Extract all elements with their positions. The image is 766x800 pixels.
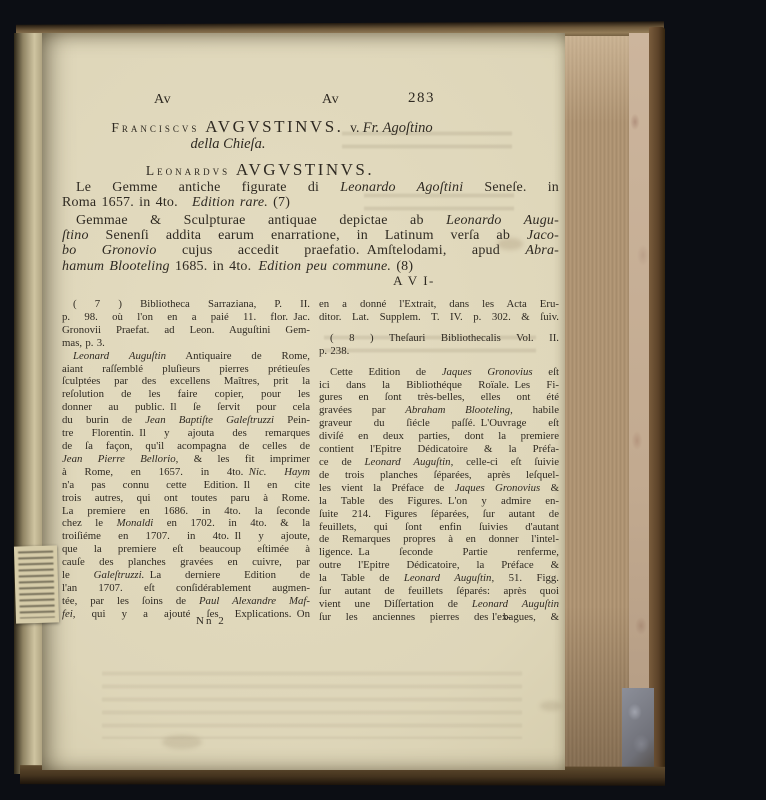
text-run: diviſé en deux parties, dont la premiere bbox=[319, 430, 559, 442]
text-run: hamum Blooteling bbox=[62, 259, 170, 274]
text-line: aiant raſſemblé pluſieurs pierres prétie… bbox=[62, 363, 310, 376]
text-line: p. 98. où l'on en a paié 11. flor. Jac. bbox=[62, 311, 310, 324]
inserted-slip-note bbox=[14, 545, 59, 623]
text-run: ſuite 214. Figures ſéparées, ſur autant … bbox=[319, 508, 559, 520]
text-line: l'an 1707. eſt conſidérablement augmen- bbox=[62, 582, 310, 595]
text-run: Edition rare. bbox=[192, 195, 268, 210]
text-run: de trois planches ſéparées, après leſque… bbox=[319, 469, 559, 481]
text-run: Pein- bbox=[274, 414, 310, 426]
text-line: cauſe des planches gravées en cuivre, pa… bbox=[62, 556, 310, 569]
page-stain bbox=[540, 701, 562, 711]
text-line: tre Florentin. Il y ajouta des remarques bbox=[62, 427, 310, 440]
text-line: chez le Monaldi en 1702. in 4to. & la bbox=[62, 517, 310, 530]
text-line: à Rome, en 1657. in 4to. Nic. Haym bbox=[62, 466, 310, 479]
text-run: Gemmae & Sculpturae antiquae depictae ab bbox=[76, 213, 446, 228]
text-line: reſolution de les faire copier, pour les bbox=[62, 388, 310, 401]
text-run: reſolution de les faire copier, pour les bbox=[62, 388, 310, 400]
text-line: graveur du ſiécle paſſé. L'Ouvrage eſt bbox=[319, 417, 559, 430]
text-run: gravées par bbox=[319, 404, 405, 416]
text-run: La premiere en 1686. in 4to. la ſeconde bbox=[62, 505, 310, 517]
text-line: ſur les anciennes pierres des bagues, & bbox=[319, 611, 559, 624]
text-run: outre l'Epitre Dédicatoire, la Préface & bbox=[319, 559, 559, 571]
text-run: tre Florentin. Il y ajouta des remarques bbox=[62, 427, 310, 439]
running-title-left: Av bbox=[154, 92, 171, 108]
text-run: (7) bbox=[268, 195, 290, 210]
text-run: en a donné l'Extrait, dans les Acta Eru- bbox=[319, 298, 559, 310]
text-run: Fr. Agoſtino bbox=[363, 120, 433, 136]
catchword-mid: A V I- bbox=[382, 273, 446, 289]
text-run: Leonard Auguſtin bbox=[472, 598, 559, 610]
text-run: Monaldi bbox=[117, 517, 154, 529]
text-run: Jaques Gronovius bbox=[455, 482, 541, 494]
text-line: diviſé en deux parties, dont la premiere bbox=[319, 430, 559, 443]
text-run: ligence. La ſeconde Partie renferme, bbox=[319, 546, 559, 558]
entry-heading-leonardus: Leonardvs AVGVSTINVS. bbox=[60, 160, 460, 180]
text-run: la Table des Figures. L'on y admire en- bbox=[319, 495, 559, 507]
text-run: habile bbox=[513, 404, 559, 416]
text-run: Jean Pierre Bellorio, bbox=[62, 453, 178, 465]
footnote-column-right: en a donné l'Extrait, dans les Acta Eru-… bbox=[319, 298, 559, 624]
text-line: le Galeſtruzzi. La derniere Edition de bbox=[62, 569, 310, 582]
text-line: de trois planches ſéparées, après leſque… bbox=[319, 469, 559, 482]
text-line: mas, p. 3. bbox=[62, 337, 310, 350]
text-run: qui y a ajouté ſes Explications. On bbox=[76, 608, 311, 620]
footnote-column-left: ( 7 ) Bibliotheca Sarraziana, P. II.p. 9… bbox=[62, 298, 310, 621]
text-run: della Chieſa. bbox=[191, 136, 266, 152]
text-run: ſtino bbox=[62, 228, 89, 243]
signature-mark: Nn 2 bbox=[196, 615, 226, 627]
text-run: celle-ci eſt ſuivie bbox=[453, 456, 559, 468]
text-run: Leonard Auguſtin, bbox=[404, 572, 494, 584]
text-line: trois autres, qui ont toutes paru à Rome… bbox=[62, 492, 310, 505]
text-run: feuillets, qui ſont enfin ſuivies d'auta… bbox=[319, 521, 559, 533]
text-run: Leonard Auguſtin, bbox=[365, 456, 454, 468]
text-line: les vient la Préface de Jaques Gronovius… bbox=[319, 482, 559, 495]
text-line: donner au public. Il ſe ſervit pour cela bbox=[62, 401, 310, 414]
text-run: vient une Diſſertation de bbox=[319, 598, 472, 610]
text-run: du burin de bbox=[62, 414, 145, 426]
text-line: p. 238. bbox=[319, 345, 559, 358]
text-run: ( 8 ) Theſauri Bibliothecalis Vol. II. bbox=[330, 332, 559, 344]
text-run: en 1702. in 4to. & la bbox=[153, 517, 310, 529]
text-line: outre l'Epitre Dédicatoire, la Préface & bbox=[319, 559, 559, 572]
text-line: fei, qui y a ajouté ſes Explications. On bbox=[62, 608, 310, 621]
showthrough-artifact bbox=[102, 669, 522, 739]
text-run: & les fit imprimer bbox=[178, 453, 310, 465]
text-run: (8) bbox=[391, 259, 413, 274]
text-run: v. bbox=[350, 120, 363, 135]
text-run: ditor. Lat. Supplem. T. IV. p. 302. & ſu… bbox=[319, 311, 559, 323]
text-run: chez le bbox=[62, 517, 117, 529]
text-run: ici dans la Bibliothéque Roïale. Les Fi- bbox=[319, 379, 559, 391]
text-line: contient l'Epitre Dédicatoire & la Préfa… bbox=[319, 443, 559, 456]
text-run: bo Gronovio bbox=[62, 243, 157, 258]
page-stain bbox=[162, 735, 202, 749]
text-line: en a donné l'Extrait, dans les Acta Eru- bbox=[319, 298, 559, 311]
text-line: n'a pas connu cette Edition. Il en cite bbox=[62, 479, 310, 492]
text-run: Jaques Gronovius bbox=[442, 366, 533, 378]
text-line: du burin de Jean Baptiſte Galeſtruzzi Pe… bbox=[62, 414, 310, 427]
text-line: ſculptées par des excellens Maîtres, pri… bbox=[62, 375, 310, 388]
cover-board-edge bbox=[649, 27, 665, 776]
text-line: bo Gronovio cujus accedit praefatio. Amſ… bbox=[62, 243, 559, 258]
photograph-scene: Av Av 283 Franciscvs AVGVSTINVS. v. Fr. … bbox=[0, 0, 766, 800]
text-run: Franciscvs bbox=[111, 120, 199, 135]
text-run: aiant raſſemblé pluſieurs pierres prétie… bbox=[62, 363, 310, 375]
text-line: ſur autant de feuillets ſéparés: après q… bbox=[319, 585, 559, 598]
text-line: la Table de Leonard Auguſtin, 51. Figg. bbox=[319, 572, 559, 585]
text-run: gures en ſont très-belles, elles ont été bbox=[319, 391, 559, 403]
text-run: Roma 1657. in 4to. bbox=[62, 195, 192, 210]
text-run: fei, bbox=[62, 608, 76, 620]
text-run: trois autres, qui ont toutes paru à Rome… bbox=[62, 492, 310, 504]
text-line: gures en ſont très-belles, elles ont été bbox=[319, 391, 559, 404]
text-line: ditor. Lat. Supplem. T. IV. p. 302. & ſu… bbox=[319, 311, 559, 324]
text-run: p. 238. bbox=[319, 345, 349, 357]
text-run: Seneſe. in bbox=[463, 180, 559, 195]
text-run: de ſa façon, qu'il acompagna de celles d… bbox=[62, 440, 310, 452]
text-line: ici dans la Bibliothéque Roïale. Les Fi- bbox=[319, 379, 559, 392]
text-line: de ſa façon, qu'il acompagna de celles d… bbox=[62, 440, 310, 453]
text-run: & bbox=[540, 482, 559, 494]
text-run: Nic. Haym bbox=[249, 466, 310, 478]
text-run: p. 98. où l'on en a paié 11. flor. Jac. bbox=[62, 311, 310, 323]
text-run: les vient la Préface de bbox=[319, 482, 455, 494]
text-line: ( 8 ) Theſauri Bibliothecalis Vol. II. bbox=[319, 332, 559, 345]
entry-paragraph-gemmae: Gemmae & Sculpturae antiquae depictae ab… bbox=[62, 213, 559, 274]
text-run: ſur autant de feuillets ſéparés: après q… bbox=[319, 585, 559, 597]
facing-page-sliver bbox=[14, 33, 44, 774]
text-run: Antiquaire de Rome, bbox=[166, 350, 310, 362]
text-run: 1685. in 4to. bbox=[170, 259, 259, 274]
page-block-fore-edge bbox=[565, 36, 629, 767]
text-run: cauſe des planches gravées en cuivre, pa… bbox=[62, 556, 310, 568]
text-run: que la premiere eſt beaucoup eſtimée à bbox=[62, 543, 310, 555]
text-run: à Rome, en 1657. in 4to. bbox=[62, 466, 249, 478]
text-line: Leonard Auguſtin Antiquaire de Rome, bbox=[62, 350, 310, 363]
text-run: AVGVSTINVS. bbox=[199, 117, 350, 136]
text-run: Leonard Auguſtin bbox=[73, 350, 166, 362]
text-run: Jean Baptiſte Galeſtruzzi bbox=[145, 414, 274, 426]
text-line: Cette Edition de Jaques Gronovius eſt bbox=[319, 366, 559, 379]
text-run: ( 7 ) Bibliotheca Sarraziana, P. II. bbox=[73, 298, 310, 310]
text-run: Galeſtruzzi. bbox=[94, 569, 145, 581]
entry-heading-franciscus-line2: della Chieſa. bbox=[60, 136, 396, 153]
text-line: Roma 1657. in 4to. Edition rare. (7) bbox=[62, 195, 559, 210]
marbled-edge-strip bbox=[629, 33, 649, 774]
cover-corner-marble bbox=[622, 688, 654, 768]
text-run: Leonardvs bbox=[146, 163, 230, 178]
text-run: La derniere Edition de bbox=[144, 569, 310, 581]
text-line: Le Gemme antiche figurate di Leonardo Ag… bbox=[62, 180, 559, 195]
text-run: troiſiéme en 1707. in 4to. Il y ajoute, bbox=[62, 530, 310, 542]
text-run: Jaco- bbox=[527, 228, 559, 243]
text-run: 51. Figg. bbox=[494, 572, 559, 584]
text-line: ce de Leonard Auguſtin, celle-ci eſt ſui… bbox=[319, 456, 559, 469]
page-number: 283 bbox=[408, 90, 435, 107]
text-line: hamum Blooteling 1685. in 4to. Edition p… bbox=[62, 259, 559, 274]
text-run: Paul Alexandre Maf- bbox=[199, 595, 310, 607]
text-line: Gemmae & Sculpturae antiquae depictae ab… bbox=[62, 213, 559, 228]
text-run: l'an 1707. eſt conſidérablement augmen- bbox=[62, 582, 310, 594]
text-run: Leonardo Agoſtini bbox=[340, 180, 463, 195]
running-title-center: Av bbox=[322, 92, 339, 108]
text-line: tée, par les ſoins de Paul Alexandre Maf… bbox=[62, 595, 310, 608]
text-run: donner au public. Il ſe ſervit pour cela bbox=[62, 401, 310, 413]
text-run: ſur les anciennes pierres des bagues, & bbox=[319, 611, 559, 623]
text-line: ligence. La ſeconde Partie renferme, bbox=[319, 546, 559, 559]
text-run: eſt bbox=[533, 366, 559, 378]
text-line: Jean Pierre Bellorio, & les fit imprimer bbox=[62, 453, 310, 466]
entry-paragraph-gemme: Le Gemme antiche figurate di Leonardo Ag… bbox=[62, 180, 559, 210]
text-run: Edition peu commune. bbox=[259, 259, 392, 274]
text-line: ( 7 ) Bibliotheca Sarraziana, P. II. bbox=[62, 298, 310, 311]
text-run: de Remarques propres à en donner l'intel… bbox=[319, 533, 559, 545]
text-run: n'a pas connu cette Edition. Il en cite bbox=[62, 479, 310, 491]
text-run: mas, p. 3. bbox=[62, 337, 105, 349]
text-run: Abra- bbox=[525, 243, 559, 258]
text-run: la Table de bbox=[319, 572, 404, 584]
text-run: graveur du ſiécle paſſé. L'Ouvrage eſt bbox=[319, 417, 559, 429]
text-line: que la premiere eſt beaucoup eſtimée à bbox=[62, 543, 310, 556]
text-line: ſtino Senenſi addita earum enarratione, … bbox=[62, 228, 559, 243]
text-line: gravées par Abraham Blooteling, habile bbox=[319, 404, 559, 417]
text-run: ſculptées par des excellens Maîtres, pri… bbox=[62, 375, 310, 387]
text-line: vient une Diſſertation de Leonard Auguſt… bbox=[319, 598, 559, 611]
text-run: cujus accedit praefatio. Amſtelodami, ap… bbox=[157, 243, 526, 258]
entry-heading-franciscus-line1: Franciscvs AVGVSTINVS. v. Fr. Agoſtino bbox=[60, 117, 484, 137]
text-line: de Remarques propres à en donner l'intel… bbox=[319, 533, 559, 546]
text-line: ſuite 214. Figures ſéparées, ſur autant … bbox=[319, 508, 559, 521]
text-run: AVGVSTINVS. bbox=[230, 160, 374, 179]
text-run: contient l'Epitre Dédicatoire & la Préfa… bbox=[319, 443, 559, 455]
text-line: La premiere en 1686. in 4to. la ſeconde bbox=[62, 505, 310, 518]
catchword-bottom: l'ex- bbox=[492, 611, 511, 623]
text-line: la Table des Figures. L'on y admire en- bbox=[319, 495, 559, 508]
text-run: Le Gemme antiche figurate di bbox=[76, 180, 340, 195]
text-line: Gronovii Praefat. ad Leon. Auguſtini Gem… bbox=[62, 324, 310, 337]
text-line: feuillets, qui ſont enfin ſuivies d'auta… bbox=[319, 521, 559, 534]
book-page: Av Av 283 Franciscvs AVGVSTINVS. v. Fr. … bbox=[42, 33, 565, 770]
text-run: Gronovii Praefat. ad Leon. Auguſtini Gem… bbox=[62, 324, 310, 336]
text-run: ce de bbox=[319, 456, 365, 468]
text-line: troiſiéme en 1707. in 4to. Il y ajoute, bbox=[62, 530, 310, 543]
text-run: Leonardo Augu- bbox=[446, 213, 559, 228]
text-run: Abraham Blooteling, bbox=[405, 404, 513, 416]
text-run: Cette Edition de bbox=[330, 366, 442, 378]
text-run: le bbox=[62, 569, 94, 581]
text-run: tée, par les ſoins de bbox=[62, 595, 199, 607]
text-run: Senenſi addita earum enarratione, in Lat… bbox=[89, 228, 527, 243]
